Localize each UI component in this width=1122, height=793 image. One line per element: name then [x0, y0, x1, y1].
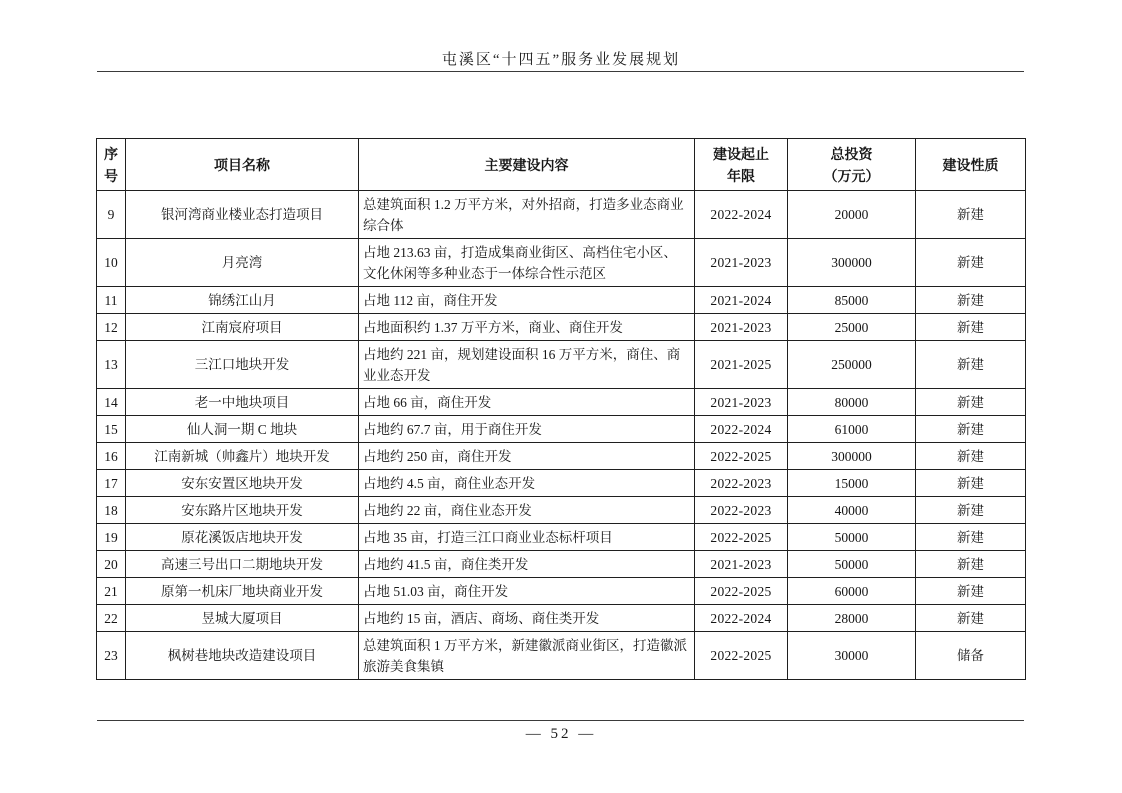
cell-years: 2021-2023: [695, 239, 788, 287]
cell-nature: 新建: [916, 239, 1026, 287]
cell-nature: 新建: [916, 191, 1026, 239]
cell-project-name: 三江口地块开发: [126, 341, 359, 389]
column-header-project-name: 项目名称: [126, 139, 359, 191]
table-row: 23 枫树巷地块改造建设项目 总建筑面积 1 万平方米，新建徽派商业街区，打造徽…: [97, 632, 1026, 680]
cell-main-content: 占地 112 亩，商住开发: [359, 287, 695, 314]
cell-serial-number: 17: [97, 470, 126, 497]
table-row: 10 月亮湾 占地 213.63 亩，打造成集商业街区、高档住宅小区、文化休闲等…: [97, 239, 1026, 287]
cell-main-content: 占地约 67.7 亩，用于商住开发: [359, 416, 695, 443]
cell-years: 2021-2023: [695, 314, 788, 341]
cell-investment: 20000: [788, 191, 916, 239]
cell-years: 2022-2025: [695, 632, 788, 680]
cell-serial-number: 20: [97, 551, 126, 578]
cell-main-content: 占地约 250 亩，商住开发: [359, 443, 695, 470]
cell-serial-number: 13: [97, 341, 126, 389]
cell-main-content: 占地约 41.5 亩，商住类开发: [359, 551, 695, 578]
cell-project-name: 安东路片区地块开发: [126, 497, 359, 524]
column-header-main-content: 主要建设内容: [359, 139, 695, 191]
cell-investment: 40000: [788, 497, 916, 524]
cell-investment: 15000: [788, 470, 916, 497]
cell-investment: 61000: [788, 416, 916, 443]
cell-serial-number: 16: [97, 443, 126, 470]
cell-project-name: 枫树巷地块改造建设项目: [126, 632, 359, 680]
cell-project-name: 高速三号出口二期地块开发: [126, 551, 359, 578]
cell-investment: 25000: [788, 314, 916, 341]
cell-serial-number: 14: [97, 389, 126, 416]
cell-main-content: 总建筑面积 1 万平方米，新建徽派商业街区，打造徽派旅游美食集镇: [359, 632, 695, 680]
cell-investment: 50000: [788, 551, 916, 578]
table-row: 22 昱城大厦项目 占地约 15 亩，酒店、商场、商住类开发 2022-2024…: [97, 605, 1026, 632]
cell-years: 2021-2023: [695, 551, 788, 578]
cell-serial-number: 18: [97, 497, 126, 524]
cell-years: 2022-2023: [695, 497, 788, 524]
cell-investment: 250000: [788, 341, 916, 389]
footer-divider: [97, 720, 1024, 721]
cell-project-name: 银河湾商业楼业态打造项目: [126, 191, 359, 239]
cell-nature: 新建: [916, 605, 1026, 632]
cell-serial-number: 15: [97, 416, 126, 443]
cell-serial-number: 9: [97, 191, 126, 239]
cell-main-content: 占地约 221 亩，规划建设面积 16 万平方米，商住、商业业态开发: [359, 341, 695, 389]
cell-serial-number: 12: [97, 314, 126, 341]
cell-nature: 储备: [916, 632, 1026, 680]
cell-nature: 新建: [916, 389, 1026, 416]
table-row: 18 安东路片区地块开发 占地约 22 亩，商住业态开发 2022-2023 4…: [97, 497, 1026, 524]
cell-project-name: 昱城大厦项目: [126, 605, 359, 632]
cell-project-name: 仙人洞一期 C 地块: [126, 416, 359, 443]
cell-main-content: 占地 51.03 亩，商住开发: [359, 578, 695, 605]
cell-years: 2022-2023: [695, 470, 788, 497]
cell-investment: 300000: [788, 443, 916, 470]
cell-years: 2022-2025: [695, 578, 788, 605]
cell-main-content: 占地约 22 亩，商住业态开发: [359, 497, 695, 524]
table-body: 9 银河湾商业楼业态打造项目 总建筑面积 1.2 万平方米，对外招商，打造多业态…: [97, 191, 1026, 680]
cell-years: 2022-2025: [695, 524, 788, 551]
column-header-years: 建设起止 年限: [695, 139, 788, 191]
cell-investment: 30000: [788, 632, 916, 680]
cell-serial-number: 22: [97, 605, 126, 632]
page-number: — 52 —: [0, 726, 1122, 743]
table-row: 19 原花溪饭店地块开发 占地 35 亩，打造三江口商业业态标杆项目 2022-…: [97, 524, 1026, 551]
projects-table: 序 号 项目名称 主要建设内容 建设起止 年限 总投资 （万元） 建设性质 9 …: [96, 138, 1026, 680]
cell-investment: 80000: [788, 389, 916, 416]
column-header-investment: 总投资 （万元）: [788, 139, 916, 191]
cell-nature: 新建: [916, 470, 1026, 497]
cell-serial-number: 23: [97, 632, 126, 680]
cell-years: 2022-2024: [695, 605, 788, 632]
cell-project-name: 老一中地块项目: [126, 389, 359, 416]
table-header: 序 号 项目名称 主要建设内容 建设起止 年限 总投资 （万元） 建设性质: [97, 139, 1026, 191]
cell-project-name: 安东安置区地块开发: [126, 470, 359, 497]
cell-project-name: 原第一机床厂地块商业开发: [126, 578, 359, 605]
cell-main-content: 占地 35 亩，打造三江口商业业态标杆项目: [359, 524, 695, 551]
table-row: 20 高速三号出口二期地块开发 占地约 41.5 亩，商住类开发 2021-20…: [97, 551, 1026, 578]
cell-project-name: 锦绣江山月: [126, 287, 359, 314]
cell-serial-number: 21: [97, 578, 126, 605]
cell-project-name: 江南新城（帅鑫片）地块开发: [126, 443, 359, 470]
table-row: 9 银河湾商业楼业态打造项目 总建筑面积 1.2 万平方米，对外招商，打造多业态…: [97, 191, 1026, 239]
cell-nature: 新建: [916, 443, 1026, 470]
table-row: 14 老一中地块项目 占地 66 亩，商住开发 2021-2023 80000 …: [97, 389, 1026, 416]
cell-investment: 28000: [788, 605, 916, 632]
cell-years: 2022-2024: [695, 191, 788, 239]
cell-nature: 新建: [916, 416, 1026, 443]
cell-project-name: 江南宸府项目: [126, 314, 359, 341]
table-header-row: 序 号 项目名称 主要建设内容 建设起止 年限 总投资 （万元） 建设性质: [97, 139, 1026, 191]
cell-main-content: 占地面积约 1.37 万平方米，商业、商住开发: [359, 314, 695, 341]
cell-years: 2021-2023: [695, 389, 788, 416]
cell-serial-number: 10: [97, 239, 126, 287]
cell-project-name: 月亮湾: [126, 239, 359, 287]
cell-years: 2021-2025: [695, 341, 788, 389]
cell-investment: 60000: [788, 578, 916, 605]
header-divider: [97, 71, 1024, 72]
cell-nature: 新建: [916, 497, 1026, 524]
cell-main-content: 总建筑面积 1.2 万平方米，对外招商，打造多业态商业综合体: [359, 191, 695, 239]
table-row: 16 江南新城（帅鑫片）地块开发 占地约 250 亩，商住开发 2022-202…: [97, 443, 1026, 470]
cell-investment: 85000: [788, 287, 916, 314]
cell-main-content: 占地约 15 亩，酒店、商场、商住类开发: [359, 605, 695, 632]
table-row: 12 江南宸府项目 占地面积约 1.37 万平方米，商业、商住开发 2021-2…: [97, 314, 1026, 341]
table-row: 15 仙人洞一期 C 地块 占地约 67.7 亩，用于商住开发 2022-202…: [97, 416, 1026, 443]
cell-main-content: 占地 213.63 亩，打造成集商业街区、高档住宅小区、文化休闲等多种业态于一体…: [359, 239, 695, 287]
cell-years: 2021-2024: [695, 287, 788, 314]
page-title: 屯溪区“十四五”服务业发展规划: [0, 48, 1122, 69]
cell-main-content: 占地 66 亩，商住开发: [359, 389, 695, 416]
cell-investment: 300000: [788, 239, 916, 287]
cell-nature: 新建: [916, 314, 1026, 341]
table-row: 17 安东安置区地块开发 占地约 4.5 亩，商住业态开发 2022-2023 …: [97, 470, 1026, 497]
cell-nature: 新建: [916, 578, 1026, 605]
cell-nature: 新建: [916, 551, 1026, 578]
cell-project-name: 原花溪饭店地块开发: [126, 524, 359, 551]
table-row: 21 原第一机床厂地块商业开发 占地 51.03 亩，商住开发 2022-202…: [97, 578, 1026, 605]
cell-nature: 新建: [916, 287, 1026, 314]
cell-nature: 新建: [916, 341, 1026, 389]
column-header-nature: 建设性质: [916, 139, 1026, 191]
cell-years: 2022-2025: [695, 443, 788, 470]
document-page: { "page": { "title": "屯溪区“十四五”服务业发展规划", …: [0, 0, 1122, 793]
cell-serial-number: 11: [97, 287, 126, 314]
column-header-serial-number: 序 号: [97, 139, 126, 191]
table-row: 11 锦绣江山月 占地 112 亩，商住开发 2021-2024 85000 新…: [97, 287, 1026, 314]
cell-nature: 新建: [916, 524, 1026, 551]
cell-main-content: 占地约 4.5 亩，商住业态开发: [359, 470, 695, 497]
cell-serial-number: 19: [97, 524, 126, 551]
table-row: 13 三江口地块开发 占地约 221 亩，规划建设面积 16 万平方米，商住、商…: [97, 341, 1026, 389]
cell-years: 2022-2024: [695, 416, 788, 443]
cell-investment: 50000: [788, 524, 916, 551]
